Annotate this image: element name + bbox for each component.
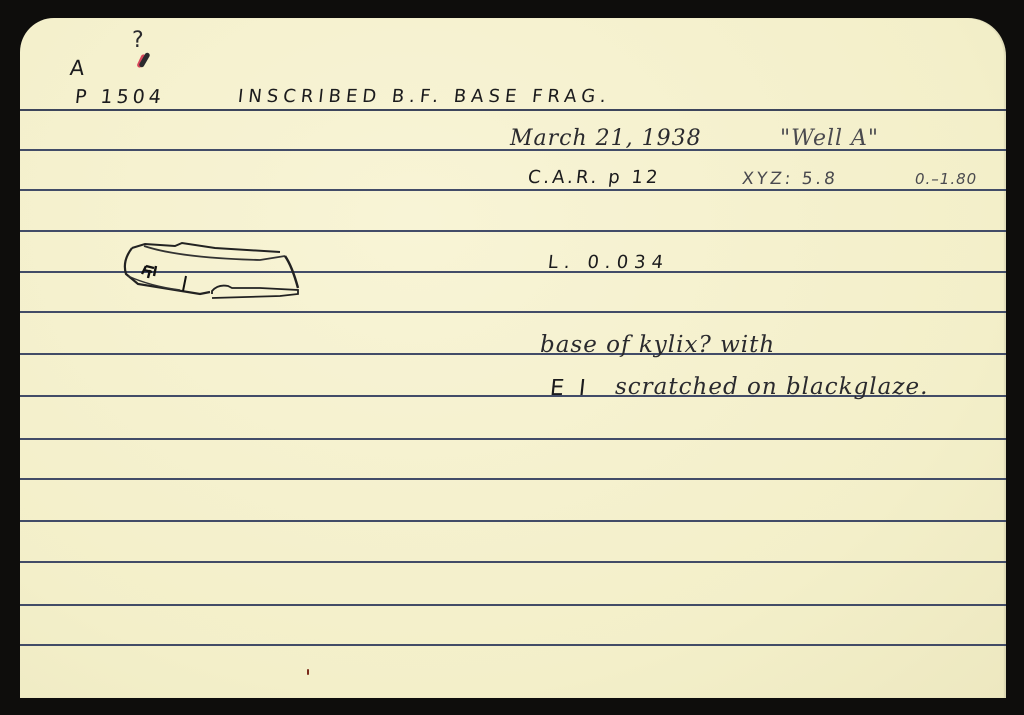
card-title: INSCRIBED B.F. BASE FRAG. bbox=[237, 86, 612, 107]
ruled-line bbox=[20, 438, 1006, 440]
section-letter: A bbox=[69, 56, 90, 80]
pencil-tick-mark bbox=[138, 52, 150, 68]
depth: 0.–1.80 bbox=[915, 170, 977, 188]
header-rule bbox=[20, 109, 1006, 111]
index-card: A ? P 1504 INSCRIBED B.F. BASE FRAG. Mar… bbox=[20, 18, 1006, 698]
ruled-line bbox=[20, 644, 1006, 646]
ruled-line bbox=[20, 353, 1006, 355]
ruled-line bbox=[20, 230, 1006, 232]
query-mark: ? bbox=[132, 28, 147, 53]
inscription-letters: Ε Ι bbox=[549, 376, 591, 401]
catalog-number: P 1504 bbox=[74, 86, 166, 108]
description-line-1: base of kylix? with bbox=[540, 332, 775, 358]
ink-speck bbox=[307, 669, 309, 675]
reference: C.A.R. p 12 bbox=[527, 167, 662, 188]
grid-location: XYZ: 5.8 bbox=[741, 169, 839, 189]
ruled-line bbox=[20, 311, 1006, 313]
ruled-line bbox=[20, 478, 1006, 480]
fragment-sketch-icon bbox=[120, 236, 310, 306]
description-line-2: scratched on blackglaze. bbox=[615, 374, 928, 400]
excavation-date: March 21, 1938 bbox=[510, 126, 702, 151]
ruled-line bbox=[20, 561, 1006, 563]
ruled-line bbox=[20, 604, 1006, 606]
ruled-line bbox=[20, 520, 1006, 522]
ruled-line bbox=[20, 189, 1006, 191]
measurement-length: L. 0.034 bbox=[547, 252, 670, 273]
findspot: "Well A" bbox=[780, 126, 879, 151]
